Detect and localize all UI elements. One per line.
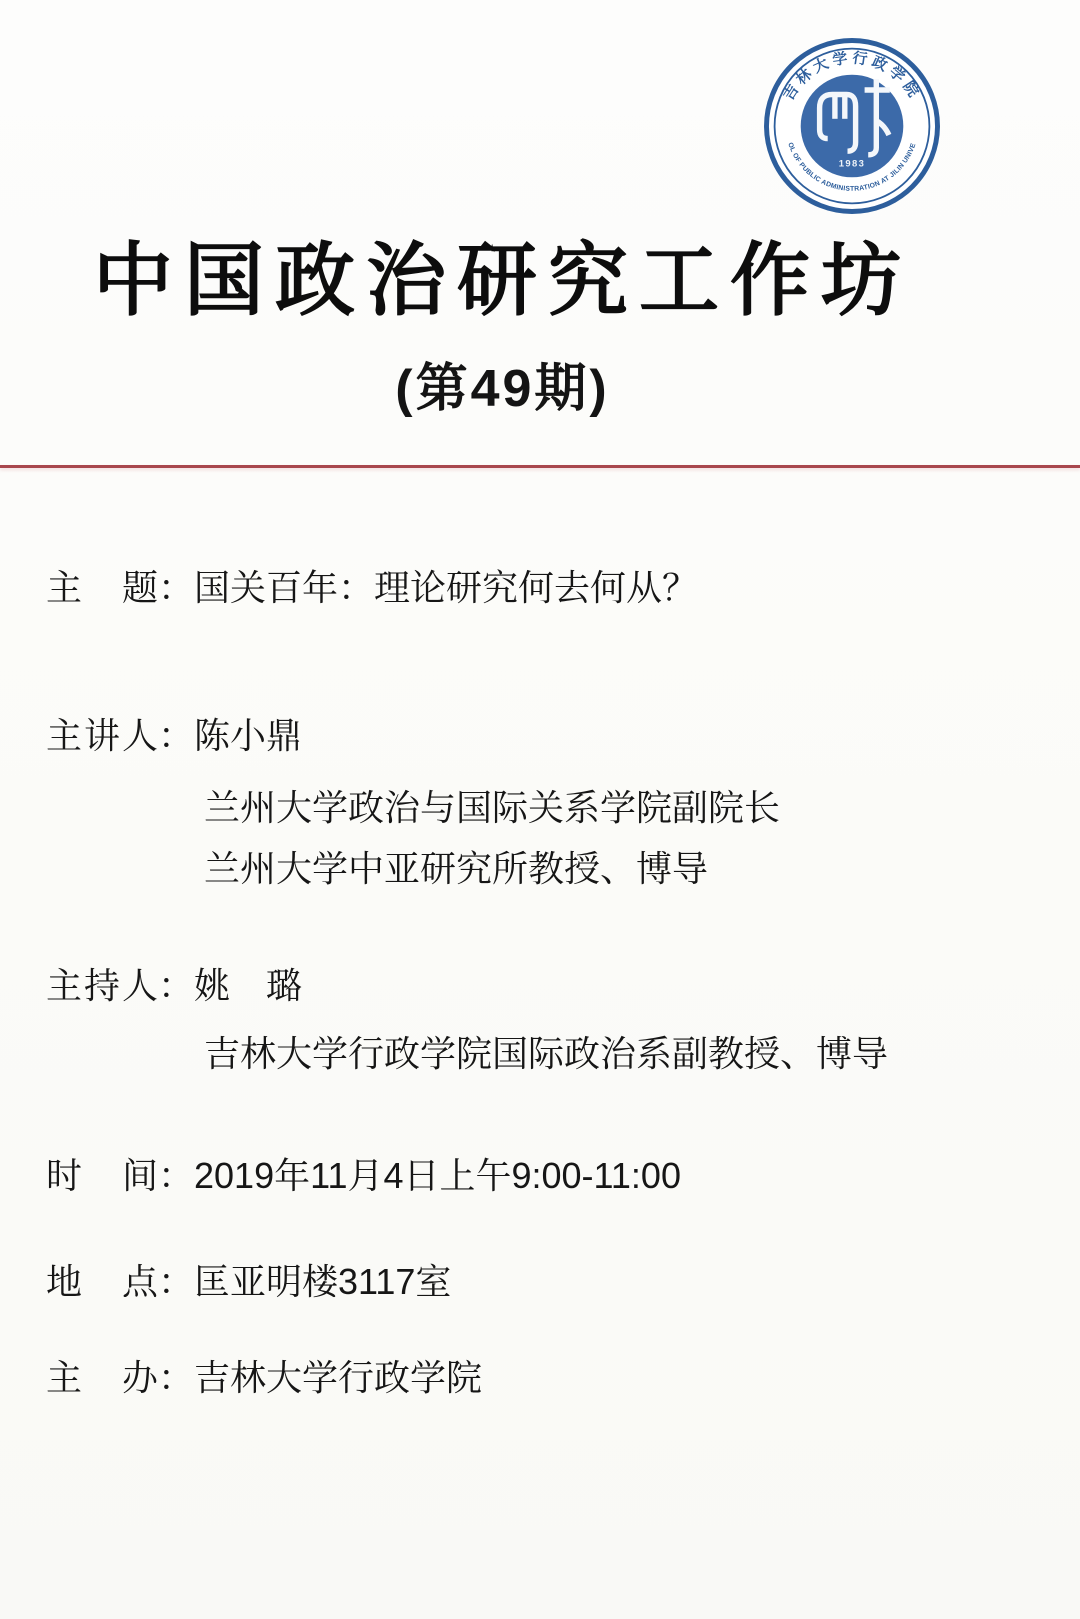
seal-year: 1983 <box>839 159 865 170</box>
topic-label: 主题 <box>46 566 158 609</box>
speaker-affiliation-2: 兰州大学中亚研究所教授、博导 <box>204 847 708 890</box>
speaker-affiliation-1: 兰州大学政治与国际关系学院副院长 <box>204 786 780 829</box>
host-row: 主持人：姚 璐 <box>46 964 302 1007</box>
place-label: 地点 <box>46 1260 158 1303</box>
organizer-colon: ： <box>158 1356 194 1399</box>
organizer-value: 吉林大学行政学院 <box>194 1356 482 1399</box>
speaker-name: 陈小鼎 <box>194 714 302 757</box>
organizer-label: 主办 <box>46 1356 158 1399</box>
speaker-label: 主讲人 <box>46 714 158 757</box>
place-row: 地点：匡亚明楼3117室 <box>46 1260 451 1303</box>
place-colon: ： <box>158 1260 194 1303</box>
topic-row: 主题：国关百年：理论研究何去何从？ <box>46 566 698 609</box>
organizer-row: 主办：吉林大学行政学院 <box>46 1356 482 1399</box>
time-row: 时间：2019年11月4日上午9:00-11:00 <box>46 1154 681 1197</box>
topic-colon: ： <box>158 566 194 609</box>
red-divider-line <box>0 465 1080 468</box>
time-colon: ： <box>158 1154 194 1197</box>
school-seal-logo: 吉林大学行政学院 SCHOOL OF PUBLIC ADMINISTRATION… <box>762 36 942 216</box>
workshop-title: 中国政治研究工作坊 <box>0 216 1005 331</box>
speaker-row: 主讲人：陈小鼎 <box>46 714 302 757</box>
host-colon: ： <box>158 964 194 1007</box>
time-label: 时间 <box>46 1154 158 1197</box>
place-value: 匡亚明楼3117室 <box>194 1260 451 1303</box>
topic-value: 国关百年：理论研究何去何从？ <box>194 566 698 609</box>
workshop-announcement-poster: 吉林大学行政学院 SCHOOL OF PUBLIC ADMINISTRATION… <box>0 0 1080 1619</box>
issue-number: (第49期) <box>0 346 1005 421</box>
host-name: 姚 璐 <box>194 964 302 1007</box>
speaker-colon: ： <box>158 714 194 757</box>
host-label: 主持人 <box>46 964 158 1007</box>
time-value: 2019年11月4日上午9:00-11:00 <box>194 1154 681 1197</box>
host-affiliation: 吉林大学行政学院国际政治系副教授、博导 <box>204 1032 888 1075</box>
